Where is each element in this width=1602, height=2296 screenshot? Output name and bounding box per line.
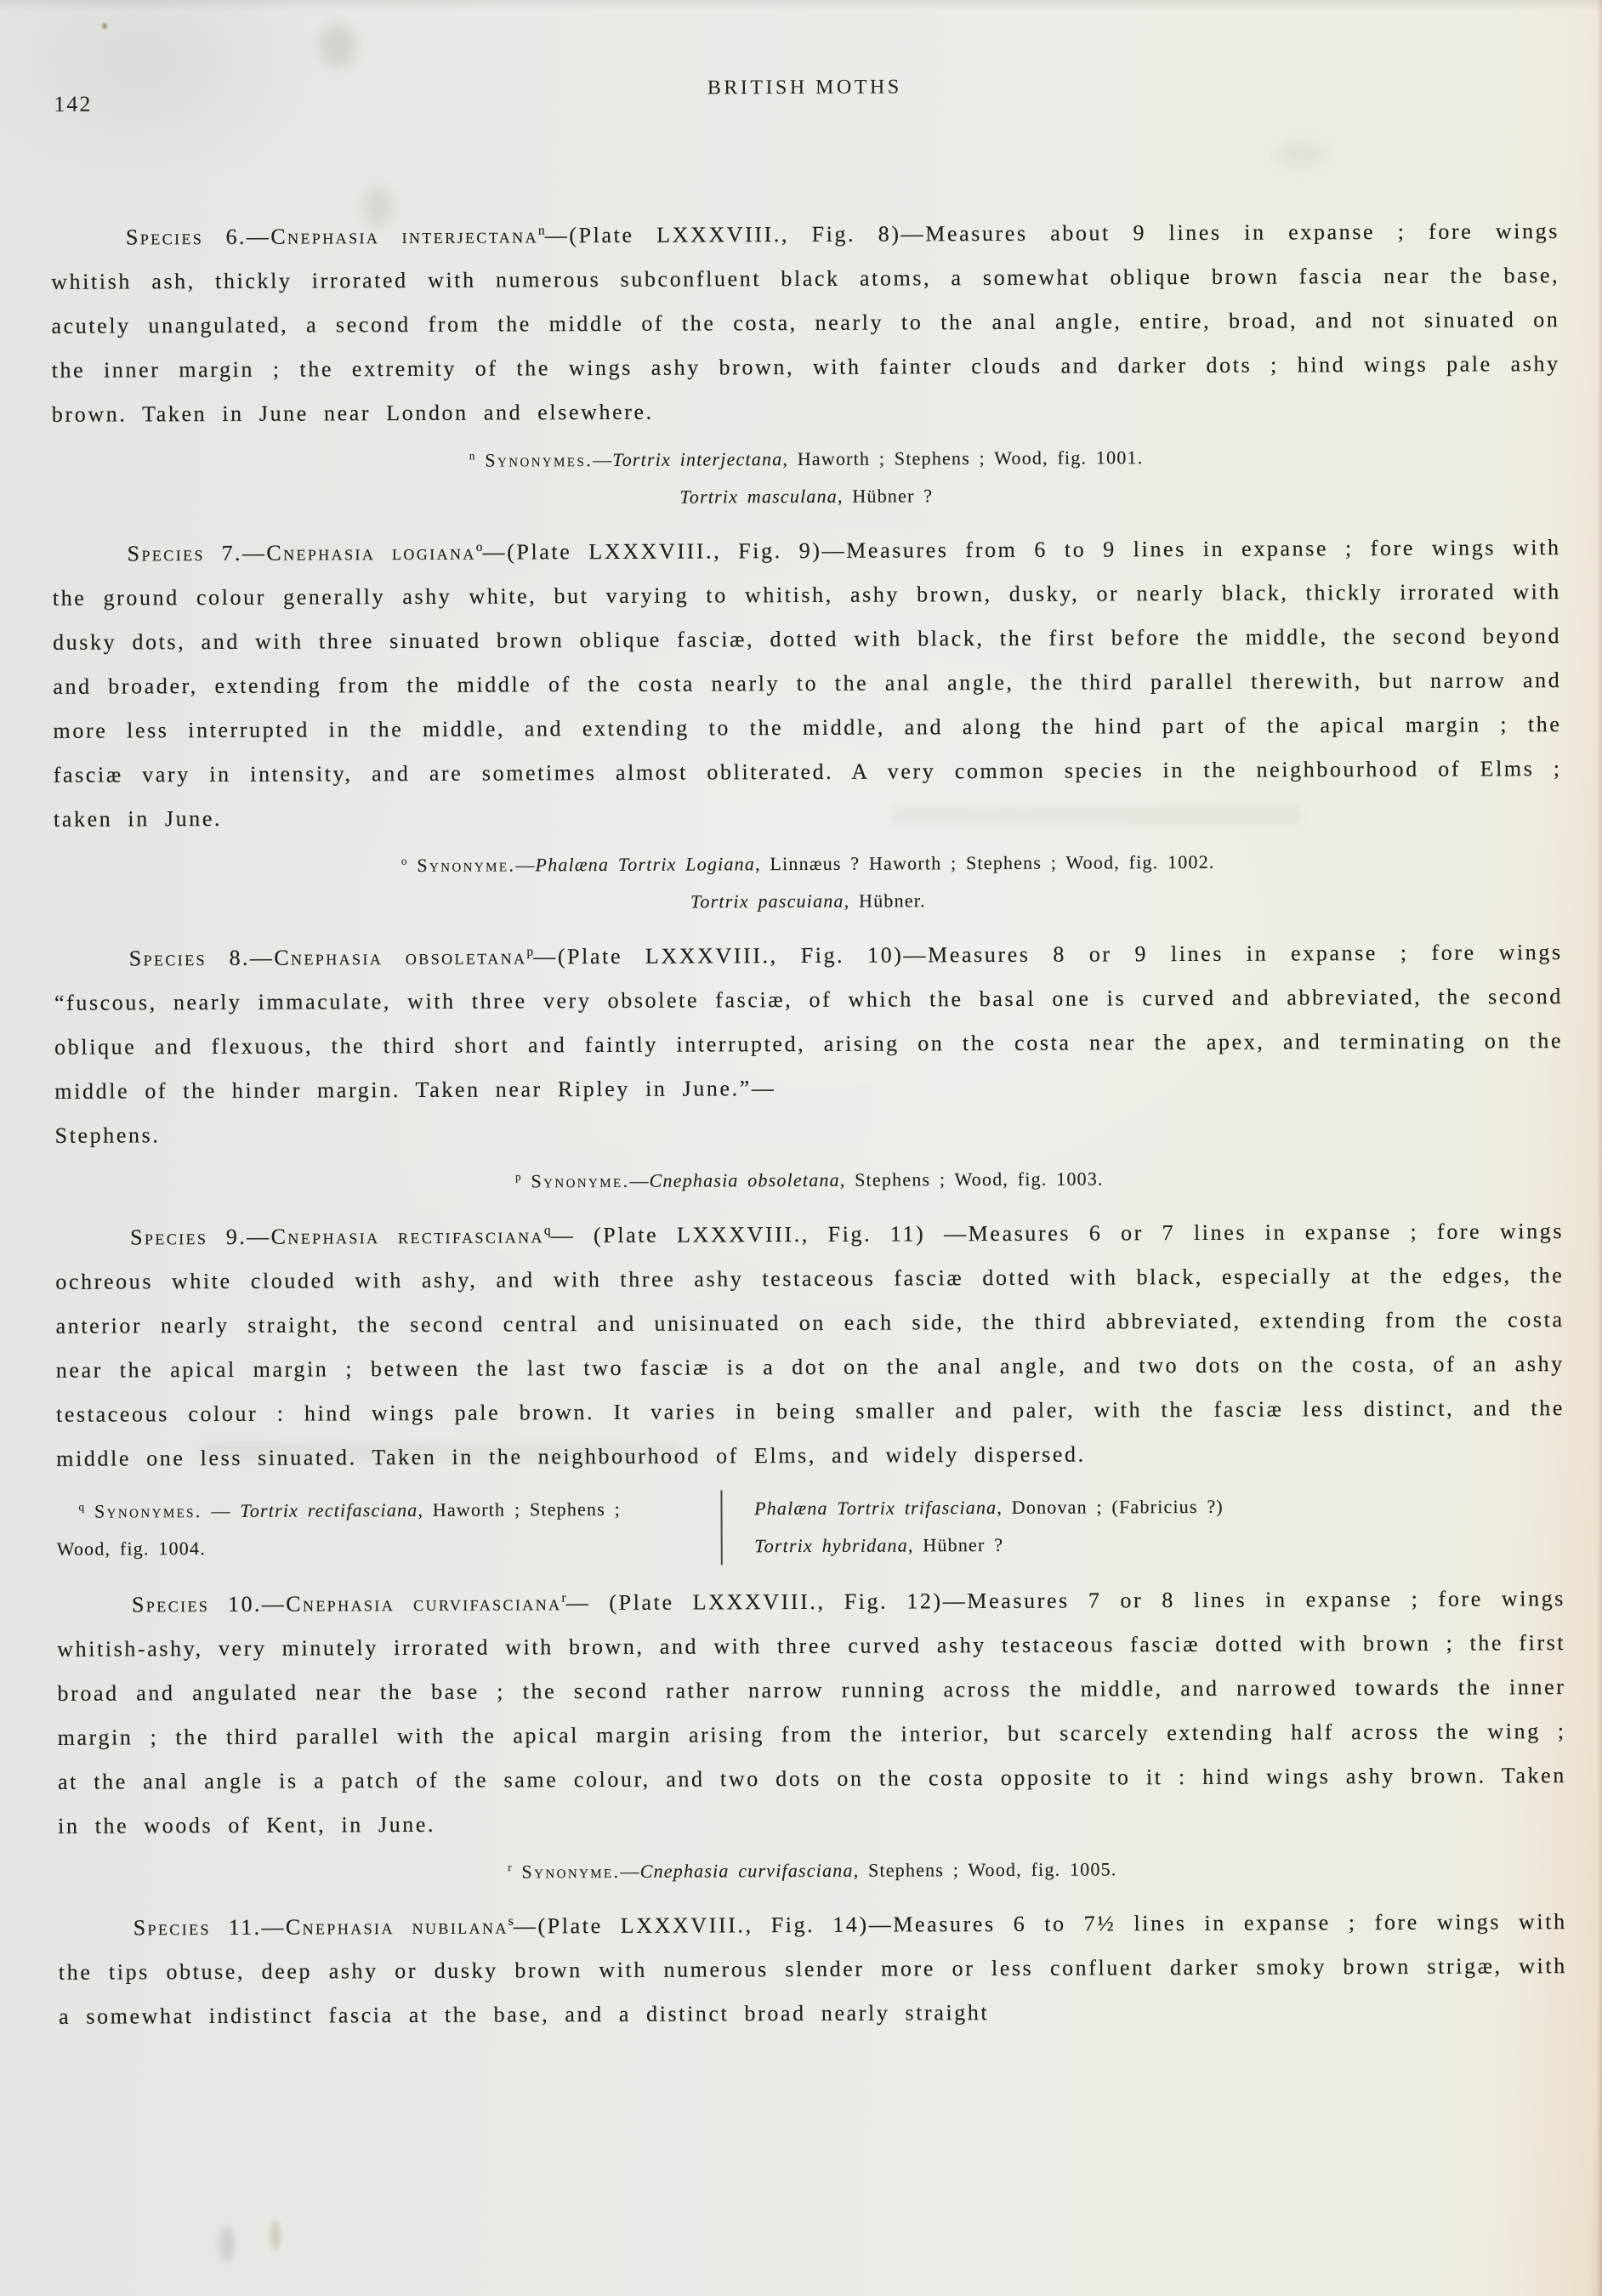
- species-8-synonymes: p Synonyme.—Cnephasia obsoletana, Stephe…: [55, 1158, 1564, 1202]
- page-content: 142 BRITISH MOTHS Species 6.—Cnephasia i…: [0, 0, 1602, 2039]
- species-10-synonymes: r Synonyme.—Cnephasia curvifasciana, Ste…: [58, 1849, 1566, 1893]
- scan-smudge: [219, 2226, 235, 2262]
- synonym-line: q Synonymes. — Tortrix rectifasciana, Ha…: [56, 1490, 720, 1530]
- species-6-paragraph: Species 6.—Cnephasia interjectanan—(Plat…: [51, 209, 1560, 437]
- book-page: 142 BRITISH MOTHS Species 6.—Cnephasia i…: [0, 0, 1602, 2296]
- synonym-line: Phalæna Tortrix trifasciana, Donovan ; (…: [754, 1486, 1565, 1527]
- species-11-paragraph: Species 11.—Cnephasia nubilanas—(Plate L…: [59, 1900, 1568, 2039]
- page-header: 142 BRITISH MOTHS: [50, 73, 1559, 117]
- synonym-column-right: Phalæna Tortrix trifasciana, Donovan ; (…: [720, 1486, 1565, 1565]
- species-8-paragraph: Species 8.—Cnephasia obsoletanap—(Plate …: [54, 930, 1564, 1158]
- species-9-synonymes: q Synonymes. — Tortrix rectifasciana, Ha…: [56, 1486, 1565, 1568]
- synonym-line: Tortrix hybridana, Hübner ?: [754, 1524, 1565, 1565]
- running-header: BRITISH MOTHS: [50, 73, 1559, 103]
- synonym-line: Wood, fig. 1004.: [57, 1527, 721, 1567]
- synonym-line: r Synonyme.—Cnephasia curvifasciana, Ste…: [58, 1849, 1566, 1893]
- species-10-paragraph: Species 10.—Cnephasia curvifascianar— (P…: [57, 1577, 1566, 1849]
- species-9-paragraph: Species 9.—Cnephasia rectifascianaq— (Pl…: [55, 1209, 1565, 1481]
- synonym-line: n Synonymes.—Tortrix interjectana, Hawor…: [52, 437, 1560, 481]
- synonym-column-left: q Synonymes. — Tortrix rectifasciana, Ha…: [56, 1490, 720, 1567]
- synonym-line: o Synonyme.—Phalæna Tortrix Logiana, Lin…: [54, 842, 1562, 886]
- synonym-line: Tortrix pascuiana, Hübner.: [54, 879, 1562, 924]
- scan-smudge: [270, 2221, 281, 2250]
- synonym-line: p Synonyme.—Cnephasia obsoletana, Stephe…: [55, 1158, 1564, 1202]
- species-7-paragraph: Species 7.—Cnephasia logianao—(Plate LXX…: [52, 526, 1562, 842]
- species-6-synonymes: n Synonymes.—Tortrix interjectana, Hawor…: [52, 437, 1560, 519]
- species-7-synonymes: o Synonyme.—Phalæna Tortrix Logiana, Lin…: [54, 842, 1562, 924]
- synonym-line: Tortrix masculana, Hübner ?: [52, 475, 1560, 519]
